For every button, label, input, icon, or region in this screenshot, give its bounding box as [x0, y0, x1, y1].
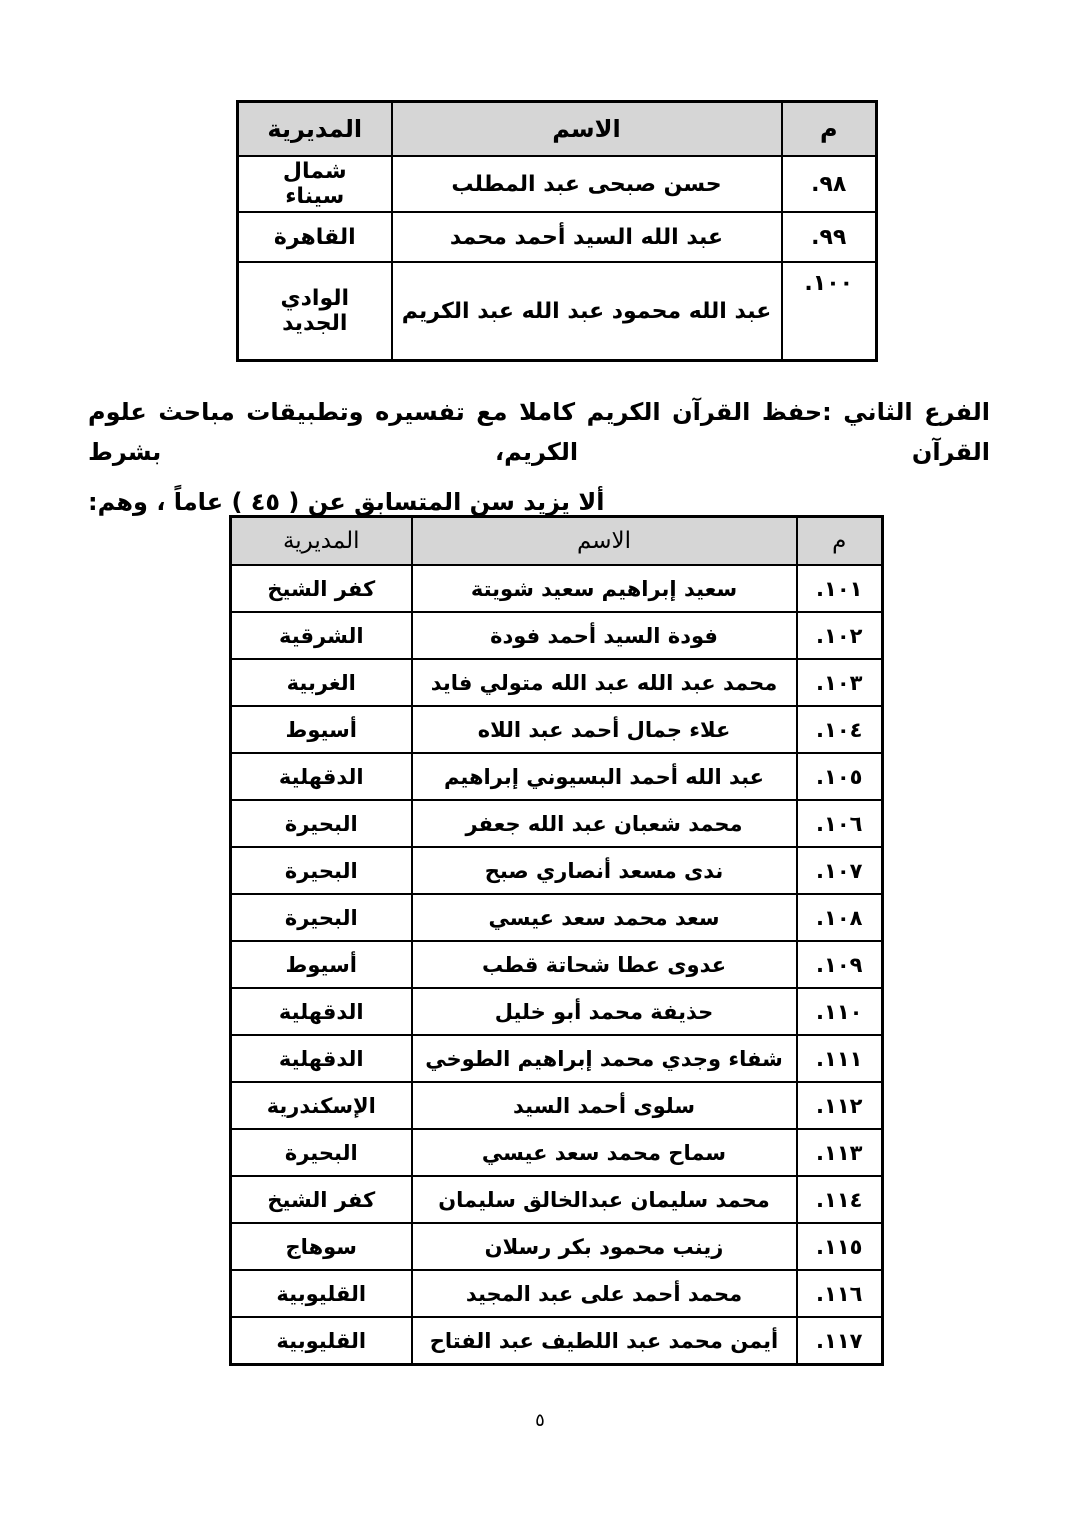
name-cell: شفاء وجدي محمد إبراهيم الطوخي: [412, 1035, 797, 1082]
name-cell: حسن صبحى عبد المطلب: [392, 156, 782, 212]
table-row: ١٠٥.عبد الله أحمد البسيوني إبراهيمالدقهل…: [231, 753, 883, 800]
directorate-column-header: المديرية: [238, 102, 392, 157]
table-row: ١١٣.سماح محمد سعد عيسيالبحيرة: [231, 1129, 883, 1176]
serial-column-header: م: [797, 517, 883, 566]
table2-body: ١٠١.سعيد إبراهيم سعيد شويتةكفر الشيخ١٠٢.…: [231, 565, 883, 1365]
directorate-cell: الغربية: [231, 659, 412, 706]
name-column-header: الاسم: [412, 517, 797, 566]
document-page: م الاسم المديرية ٩٨.حسن صبحى عبد المطلبش…: [0, 0, 1080, 1527]
name-cell: سماح محمد سعد عيسي: [412, 1129, 797, 1176]
table-row: ١١١.شفاء وجدي محمد إبراهيم الطوخيالدقهلي…: [231, 1035, 883, 1082]
serial-cell: ١٠٠.: [782, 262, 877, 361]
directorate-cell: كفر الشيخ: [231, 565, 412, 612]
directorate-cell: أسيوط: [231, 706, 412, 753]
directorate-cell: كفر الشيخ: [231, 1176, 412, 1223]
serial-cell: ١٠٧.: [797, 847, 883, 894]
section-heading: الفرع الثاني :حفظ القرآن الكريم كاملا مع…: [88, 392, 990, 522]
directorate-cell: القليوبية: [231, 1317, 412, 1365]
name-cell: أيمن محمد عبد اللطيف عبد الفتاح: [412, 1317, 797, 1365]
serial-cell: ٩٩.: [782, 212, 877, 262]
table-row: ١١٥.زينب محمود بكر رسلانسوهاج: [231, 1223, 883, 1270]
name-cell: عبد الله السيد أحمد محمد: [392, 212, 782, 262]
table-row: ١١٦.محمد أحمد على عبد المجيدالقليوبية: [231, 1270, 883, 1317]
table-row: ١٠٧.ندى مسعد أنصاري صبحالبحيرة: [231, 847, 883, 894]
serial-cell: ١١٤.: [797, 1176, 883, 1223]
directorate-cell: البحيرة: [231, 847, 412, 894]
name-cell: محمد سليمان عبدالخالق سليمان: [412, 1176, 797, 1223]
header-row: م الاسم المديرية: [231, 517, 883, 566]
name-cell: سلوى أحمد السيد: [412, 1082, 797, 1129]
contestants-table-2: م الاسم المديرية ١٠١.سعيد إبراهيم سعيد ش…: [229, 515, 884, 1366]
table-row: ١١٧.أيمن محمد عبد اللطيف عبد الفتاحالقلي…: [231, 1317, 883, 1365]
name-cell: علاء جمال أحمد عبد اللاه: [412, 706, 797, 753]
table-row: ٩٩.عبد الله السيد أحمد محمدالقاهرة: [238, 212, 877, 262]
header-row: م الاسم المديرية: [238, 102, 877, 157]
serial-cell: ١٠٥.: [797, 753, 883, 800]
serial-cell: ١١٢.: [797, 1082, 883, 1129]
serial-cell: ١١٣.: [797, 1129, 883, 1176]
directorate-cell: القليوبية: [231, 1270, 412, 1317]
name-cell: عبد الله أحمد البسيوني إبراهيم: [412, 753, 797, 800]
table-row: ١٠٨.سعد محمد سعد عيسيالبحيرة: [231, 894, 883, 941]
table1-header: م الاسم المديرية: [238, 102, 877, 157]
name-cell: عبد الله محمود عبد الله عبد الكريم: [392, 262, 782, 361]
directorate-cell: الإسكندرية: [231, 1082, 412, 1129]
table-row: ١١٤.محمد سليمان عبدالخالق سليمانكفر الشي…: [231, 1176, 883, 1223]
name-cell: سعد محمد سعد عيسي: [412, 894, 797, 941]
serial-cell: ١١١.: [797, 1035, 883, 1082]
directorate-cell: الشرقية: [231, 612, 412, 659]
directorate-cell: البحيرة: [231, 894, 412, 941]
serial-cell: ١٠٦.: [797, 800, 883, 847]
serial-cell: ١٠٩.: [797, 941, 883, 988]
table-row: ٩٨.حسن صبحى عبد المطلبشمال سيناء: [238, 156, 877, 212]
directorate-cell: الدقهلية: [231, 1035, 412, 1082]
name-cell: عدوى عطا شحاتة قطب: [412, 941, 797, 988]
serial-cell: ١٠٤.: [797, 706, 883, 753]
directorate-cell: الدقهلية: [231, 753, 412, 800]
directorate-cell: سوهاج: [231, 1223, 412, 1270]
name-cell: زينب محمود بكر رسلان: [412, 1223, 797, 1270]
name-column-header: الاسم: [392, 102, 782, 157]
directorate-cell: البحيرة: [231, 800, 412, 847]
serial-cell: ١٠٨.: [797, 894, 883, 941]
serial-cell: ١١٠.: [797, 988, 883, 1035]
table-row: ١٠٦.محمد شعبان عبد الله جعفرالبحيرة: [231, 800, 883, 847]
directorate-column-header: المديرية: [231, 517, 412, 566]
directorate-cell: الوادي الجديد: [238, 262, 392, 361]
directorate-cell: أسيوط: [231, 941, 412, 988]
table-row: ١٠٩.عدوى عطا شحاتة قطبأسيوط: [231, 941, 883, 988]
serial-cell: ٩٨.: [782, 156, 877, 212]
serial-cell: ١٠١.: [797, 565, 883, 612]
name-cell: محمد أحمد على عبد المجيد: [412, 1270, 797, 1317]
directorate-cell: القاهرة: [238, 212, 392, 262]
directorate-cell: البحيرة: [231, 1129, 412, 1176]
serial-cell: ١١٦.: [797, 1270, 883, 1317]
directorate-cell: الدقهلية: [231, 988, 412, 1035]
table-row: ١٠١.سعيد إبراهيم سعيد شويتةكفر الشيخ: [231, 565, 883, 612]
table2-header: م الاسم المديرية: [231, 517, 883, 566]
name-cell: محمد عبد الله عبد الله متولي فايد: [412, 659, 797, 706]
name-cell: محمد شعبان عبد الله جعفر: [412, 800, 797, 847]
serial-cell: ١٠٣.: [797, 659, 883, 706]
page-number: ٥: [0, 1410, 1080, 1431]
name-cell: ندى مسعد أنصاري صبح: [412, 847, 797, 894]
table-row: ١٠٣.محمد عبد الله عبد الله متولي فايدالغ…: [231, 659, 883, 706]
table-row: ١٠٠.عبد الله محمود عبد الله عبد الكريمال…: [238, 262, 877, 361]
contestants-table-1: م الاسم المديرية ٩٨.حسن صبحى عبد المطلبش…: [236, 100, 878, 362]
section-heading-line1: الفرع الثاني :حفظ القرآن الكريم كاملا مع…: [88, 392, 990, 472]
table-row: ١١٠.حذيفة محمد أبو خليلالدقهلية: [231, 988, 883, 1035]
serial-column-header: م: [782, 102, 877, 157]
table-row: ١٠٢.فودة السيد أحمد فودةالشرقية: [231, 612, 883, 659]
directorate-cell: شمال سيناء: [238, 156, 392, 212]
table1-body: ٩٨.حسن صبحى عبد المطلبشمال سيناء٩٩.عبد ا…: [238, 156, 877, 361]
serial-cell: ١٠٢.: [797, 612, 883, 659]
name-cell: فودة السيد أحمد فودة: [412, 612, 797, 659]
name-cell: حذيفة محمد أبو خليل: [412, 988, 797, 1035]
table-row: ١١٢.سلوى أحمد السيدالإسكندرية: [231, 1082, 883, 1129]
table-row: ١٠٤.علاء جمال أحمد عبد اللاهأسيوط: [231, 706, 883, 753]
serial-cell: ١١٧.: [797, 1317, 883, 1365]
name-cell: سعيد إبراهيم سعيد شويتة: [412, 565, 797, 612]
serial-cell: ١١٥.: [797, 1223, 883, 1270]
